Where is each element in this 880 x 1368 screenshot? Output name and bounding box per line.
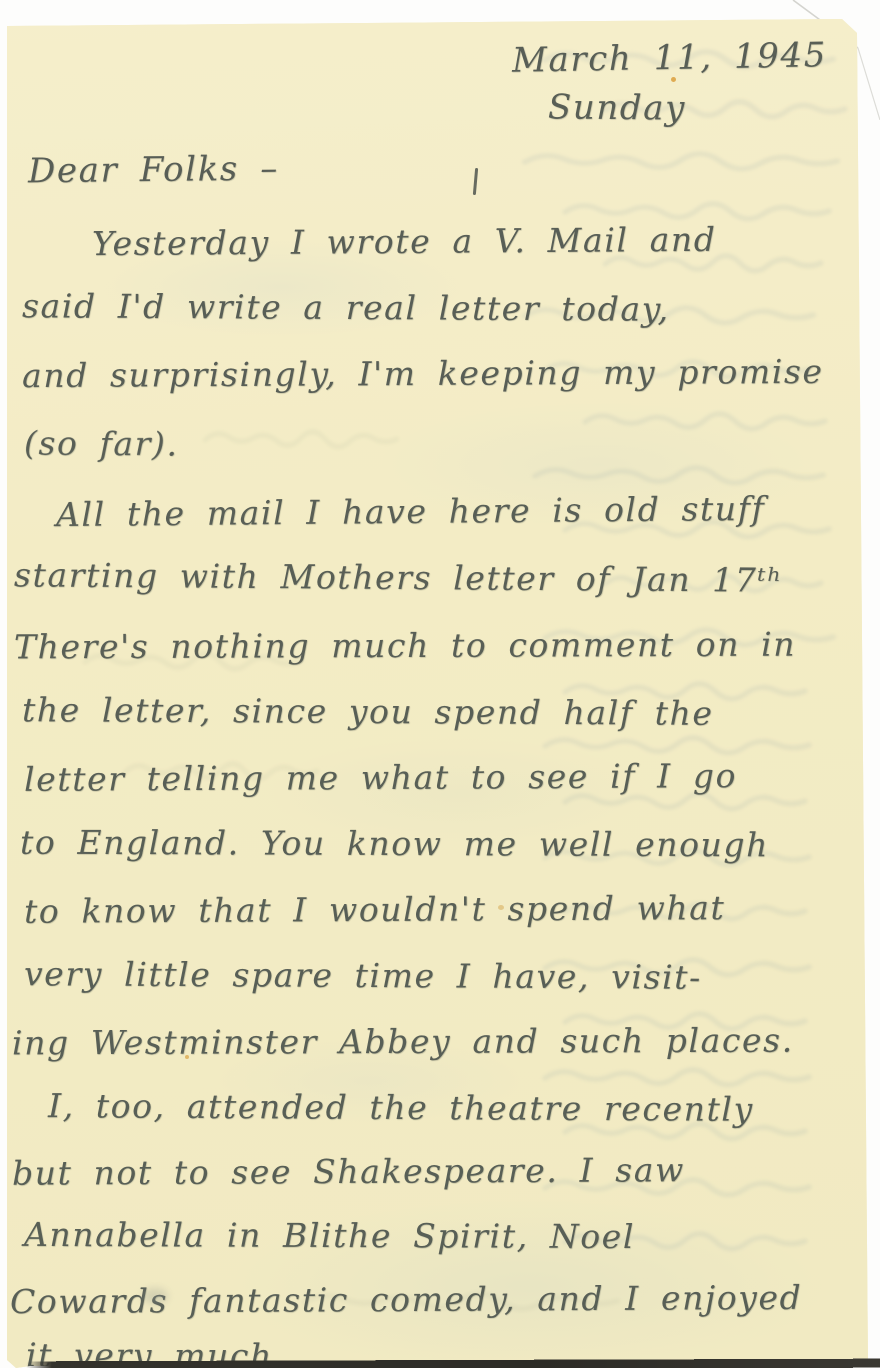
letter-line: to know that I wouldn't spend what xyxy=(24,888,726,931)
letter-line: letter telling me what to see if I go xyxy=(24,756,737,799)
letter-line: starting with Mothers letter of Jan 17ᵗʰ xyxy=(14,555,783,599)
letter-paper: March 11, 1945 Sunday Dear Folks – Yeste… xyxy=(0,0,880,1368)
letter-line: All the mail I have here is old stuff xyxy=(56,489,766,534)
letter-line: Yesterday I wrote a V. Mail and xyxy=(92,220,717,263)
letter-line: said I'd write a real letter today, xyxy=(22,286,670,328)
date-line: March 11, 1945 xyxy=(512,35,828,80)
stray-ink-mark xyxy=(473,168,478,195)
letter-line: and surprisingly, I'm keeping my promise xyxy=(22,352,824,395)
ink-smudge xyxy=(142,1288,168,1304)
age-speck xyxy=(185,1055,189,1059)
day-line: Sunday xyxy=(548,87,686,128)
letter-line: I, too, attended the theatre recently xyxy=(48,1086,754,1129)
letter-line: the letter, since you spend half the xyxy=(22,690,714,733)
scan-bottom-shadow xyxy=(26,1359,880,1368)
salutation: Dear Folks – xyxy=(28,149,279,192)
age-speck xyxy=(498,905,504,910)
scanned-letter-page: March 11, 1945 Sunday Dear Folks – Yeste… xyxy=(0,0,880,1368)
letter-line: There's nothing much to comment on in xyxy=(14,625,796,667)
letter-line: very little spare time I have, visit- xyxy=(24,954,702,997)
letter-line: (so far). xyxy=(24,423,179,463)
letter-line: but not to see Shakespeare. I saw xyxy=(12,1150,685,1193)
letter-line: ing Westminster Abbey and such places. xyxy=(12,1021,794,1063)
age-speck xyxy=(671,77,676,82)
letter-line: to England. You know me well enough xyxy=(20,823,769,865)
letter-line: Annabella in Blithe Spirit, Noel xyxy=(24,1215,635,1256)
letter-line: Cowards fantastic comedy, and I enjoyed xyxy=(10,1278,803,1321)
